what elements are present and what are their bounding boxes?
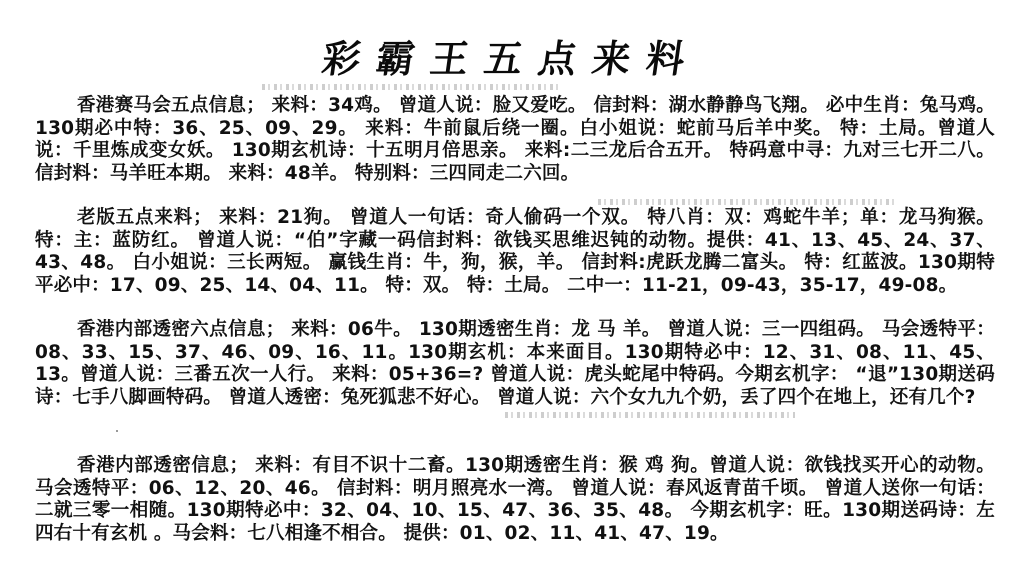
faint-overlay-text [505, 412, 795, 418]
section-hk-five-point: 香港赛马会五点信息； 来料：34鸡。 曾道人说：脸又爱吃。 信封料：湖水静静鸟飞… [35, 95, 995, 185]
faint-overlay-text [262, 84, 562, 90]
page-title: 彩霸王五点来料 [0, 28, 1024, 83]
section-text: 老版五点来料； 来料：21狗。 曾道人一句话：奇人偷码一个双。 特八肖：双：鸡蛇… [35, 207, 995, 297]
section-text: 香港内部透密信息； 来料：有目不识十二畜。130期透密生肖：猴 鸡 狗。曾道人说… [35, 455, 995, 545]
section-text: 香港内部透密六点信息； 来料：06牛。 130期透密生肖：龙 马 羊。 曾道人说… [35, 319, 995, 409]
section-hk-inside-six-point: 香港内部透密六点信息； 来料：06牛。 130期透密生肖：龙 马 羊。 曾道人说… [35, 319, 995, 409]
section-old-five-point: 老版五点来料； 来料：21狗。 曾道人一句话：奇人偷码一个双。 特八肖：双：鸡蛇… [35, 207, 995, 297]
section-hk-inside-info: 香港内部透密信息； 来料：有目不识十二畜。130期透密生肖：猴 鸡 狗。曾道人说… [35, 455, 995, 545]
section-text: 香港赛马会五点信息； 来料：34鸡。 曾道人说：脸又爱吃。 信封料：湖水静静鸟飞… [35, 95, 995, 185]
scan-speck [116, 430, 118, 432]
faint-overlay-text [598, 199, 898, 205]
